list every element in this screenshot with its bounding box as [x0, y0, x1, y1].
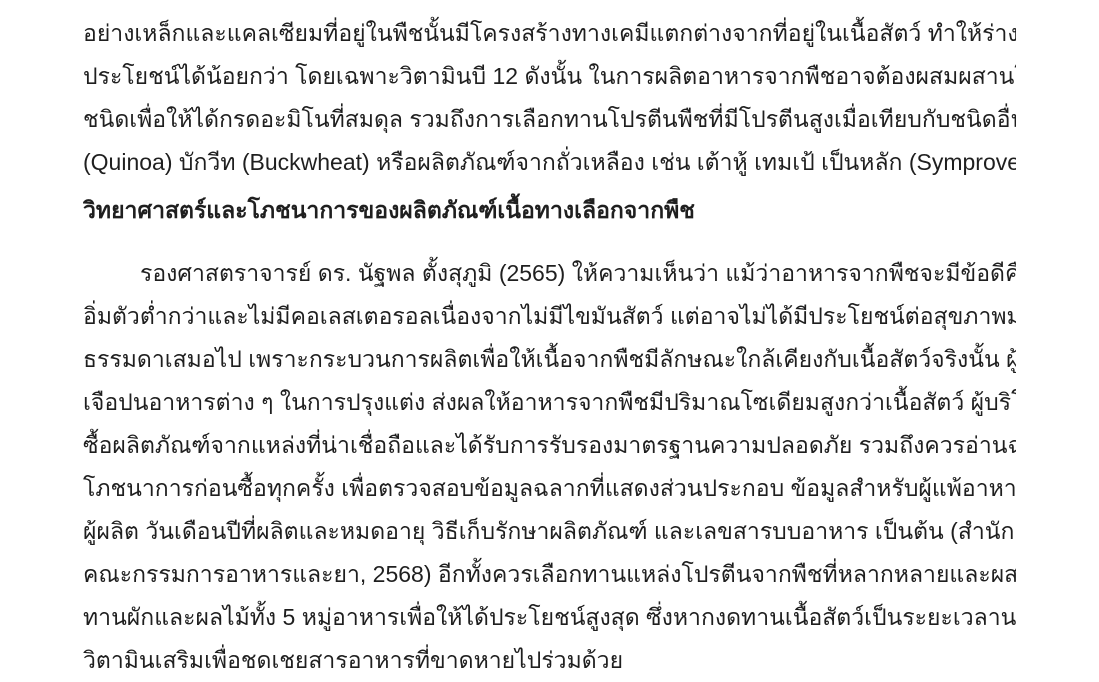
paragraph-body: รองศาสตราจารย์ ดร. นัฐพล ตั้งสุภูมิ (256… — [83, 252, 1016, 682]
paragraph-line: ประโยชน์ได้น้อยกว่า โดยเฉพาะวิตามินบี 12… — [83, 55, 1016, 98]
paragraph-line: อิ่มตัวต่ำกว่าและไม่มีคอเลสเตอรอลเนื่องจ… — [83, 295, 1016, 338]
paragraph-continuation: อย่างเหล็กและแคลเซียมที่อยู่ในพืชนั้นมีโ… — [83, 12, 1016, 184]
paragraph-line: (Quinoa) บักวีท (Buckwheat) หรือผลิตภัณฑ… — [83, 141, 1016, 184]
paragraph-line: ทานผักและผลไม้ทั้ง 5 หมู่อาหารเพื่อให้ได… — [83, 596, 1016, 639]
paragraph-line: คณะกรรมการอาหารและยา, 2568) อีกทั้งควรเล… — [83, 553, 1016, 596]
paragraph-line: เจือปนอาหารต่าง ๆ ในการปรุงแต่ง ส่งผลให้… — [83, 381, 1016, 424]
paragraph-line: ธรรมดาเสมอไป เพราะกระบวนการผลิตเพื่อให้เ… — [83, 338, 1016, 381]
paragraph-line: รองศาสตราจารย์ ดร. นัฐพล ตั้งสุภูมิ (256… — [83, 252, 1016, 295]
paragraph-line: ชนิดเพื่อให้ได้กรดอะมิโนที่สมดุล รวมถึงก… — [83, 98, 1016, 141]
paragraph-line: ผู้ผลิต วันเดือนปีที่ผลิตและหมดอายุ วิธี… — [83, 510, 1016, 553]
paragraph-line: โภชนาการก่อนซื้อทุกครั้ง เพื่อตรวจสอบข้อ… — [83, 467, 1016, 510]
section-heading: วิทยาศาสตร์และโภชนาการของผลิตภัณฑ์เนื้อท… — [83, 189, 1016, 232]
document-page: อย่างเหล็กและแคลเซียมที่อยู่ในพืชนั้นมีโ… — [0, 0, 1099, 682]
paragraph-line: อย่างเหล็กและแคลเซียมที่อยู่ในพืชนั้นมีโ… — [83, 12, 1016, 55]
paragraph-line: วิตามินเสริมเพื่อชดเชยสารอาหารที่ขาดหายไ… — [83, 639, 1016, 682]
paragraph-line: ซื้อผลิตภัณฑ์จากแหล่งที่น่าเชื่อถือและได… — [83, 424, 1016, 467]
